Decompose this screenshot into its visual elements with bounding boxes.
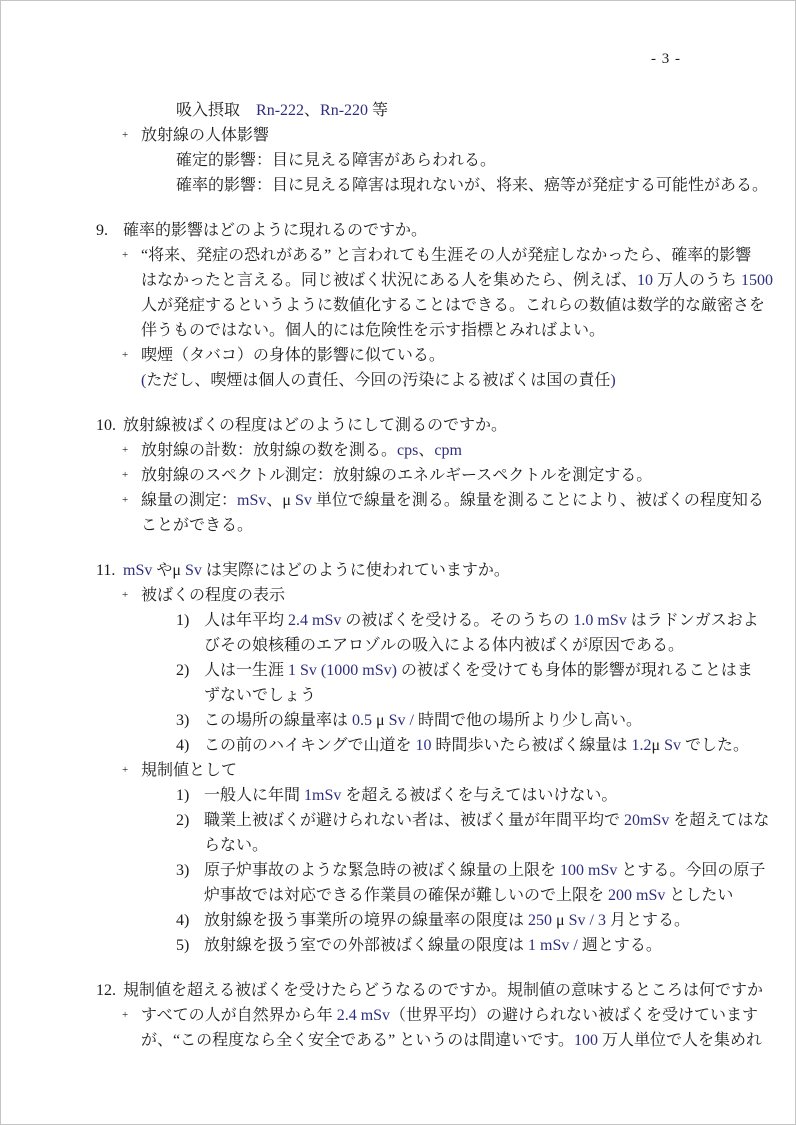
text-run: 、: [418, 442, 434, 459]
text-line: 2)人は一生涯 1 Sv (1000 mSv) の被ばくを受けても身体的影響が現…: [1, 658, 795, 683]
bullet-marker: +: [122, 1003, 128, 1028]
text-run: 時間で他の場所より少し高い。: [418, 712, 642, 729]
text-run: というのは間違いです。: [399, 1032, 574, 1049]
text-run: 放射線を扱う室での外部被ばく線量の限度は: [204, 937, 524, 954]
bullet-marker: +: [122, 583, 128, 608]
text-run: Sv /: [385, 712, 418, 729]
text-line: 炉事故では対応できる作業員の確保が難しいので上限を 200 mSv としたい: [1, 883, 795, 908]
text-run: 10: [637, 272, 657, 289]
bullet-marker: +: [122, 343, 128, 368]
text-line: 2)職業上被ばくが避けられない者は、被ばく量が年間平均で 20mSv を超えては…: [1, 808, 795, 833]
text-run: 0.5: [348, 712, 376, 729]
text-run: 確率的影響：目に見える障害は現れないが、将来、癌等が発症する可能性がある。: [176, 177, 768, 194]
text-line: +放射線の人体影響: [1, 123, 795, 148]
text-run: 200 mSv: [604, 887, 669, 904]
text-line: 4)放射線を扱う事業所の境界の線量率の限度は 250 μ Sv / 3 月とする…: [1, 908, 795, 933]
text-run: 吸入摂取: [176, 102, 256, 119]
text-run: この場所の線量率は: [204, 712, 348, 729]
text-line: 3)原子炉事故のような緊急時の被ばく線量の上限を 100 mSv とする。今回の…: [1, 858, 795, 883]
text-run: 規制値として: [141, 762, 237, 779]
text-run: 規制値を超える被ばくを受けたらどうなるのですか。規制値の意味するところは何ですか: [123, 982, 763, 999]
text-run: 確定的影響：目に見える障害があらわれる。: [176, 152, 496, 169]
text-run: 一般人に年間: [204, 787, 300, 804]
text-run: （世界平均）の避けられない被ばくを受けています: [390, 1007, 758, 1024]
list-number: 4): [176, 733, 189, 758]
text-run: 1mSv: [300, 787, 345, 804]
text-line: ずないでしょう: [1, 683, 795, 708]
bullet-marker: +: [122, 463, 128, 488]
text-run: 単位で線量を測る。線量を測ることにより、被ばくの程度知る: [316, 492, 764, 509]
text-run: とする。今回の原子: [621, 862, 765, 879]
text-line: 人が発症するというように数値化することはできる。これらの数値は数学的な厳密さを: [1, 293, 795, 318]
text-line: 5)放射線を扱う室での外部被ばく線量の限度は 1 mSv / 週とする。: [1, 933, 795, 958]
text-run: Rn-222: [256, 102, 304, 119]
section-heading: 10.放射線被ばくの程度はどのようにして測るのですか。: [1, 413, 795, 438]
text-line: +“将来、発症の恐れがある” と言われても生涯その人が発症しなかったら、確率的影…: [1, 243, 795, 268]
text-run: 放射線の人体影響: [141, 127, 269, 144]
text-run: の被ばくを受ける。そのうちの: [345, 612, 569, 629]
text-run: でした。: [685, 737, 749, 754]
text-run: 人が発症するというように数値化することはできる。これらの数値は数学的な厳密さを: [141, 297, 765, 314]
text-run: と言われても生涯その人が発症しなかったら、確率的影響: [335, 247, 751, 264]
text-line: はなかったと言える。同じ被ばく状況にある人を集めたら、例えば、10 万人のうち …: [1, 268, 795, 293]
bullet-marker: +: [122, 758, 128, 783]
text-run: 2.4 mSv: [333, 1007, 390, 1024]
text-run: 万人単位で人を集めれ: [602, 1032, 762, 1049]
bullet-marker: +: [122, 243, 128, 268]
text-run: 20mSv: [620, 812, 673, 829]
text-run: μ: [556, 912, 565, 929]
text-line: +規制値として: [1, 758, 795, 783]
text-run: μ: [376, 712, 385, 729]
text-line: 吸入摂取 Rn-222、Rn-220 等: [1, 98, 795, 123]
text-line: 3)この場所の線量率は 0.5 μ Sv / 時間で他の場所より少し高い。: [1, 708, 795, 733]
text-line: 確定的影響：目に見える障害があらわれる。: [1, 148, 795, 173]
text-line: が、“この程度なら全く安全である” というのは間違いです。100 万人単位で人を…: [1, 1028, 795, 1053]
text-run: 月とする。: [610, 912, 690, 929]
bullet-marker: +: [122, 438, 128, 463]
text-run: ずないでしょう: [204, 687, 316, 704]
text-line: +すべての人が自然界から年 2.4 mSv（世界平均）の避けられない被ばくを受け…: [1, 1003, 795, 1028]
document-page: - 3 - 吸入摂取 Rn-222、Rn-220 等+放射線の人体影響確定的影響…: [0, 0, 796, 1125]
text-run: はなかったと言える。同じ被ばく状況にある人を集めたら、例えば、: [141, 272, 637, 289]
section-heading: 11.mSv やμ Sv は実際にはどのように使われていますか。: [1, 558, 795, 583]
text-run: はラドンガスおよ: [631, 612, 759, 629]
bullet-marker: +: [122, 488, 128, 513]
text-line: 伴うものではない。個人的には危険性を示す指標とみればよい。: [1, 318, 795, 343]
text-run: 万人のうち: [657, 272, 737, 289]
page-number: - 3 -: [651, 51, 681, 68]
text-line: +喫煙（タバコ）の身体的影響に似ている。: [1, 343, 795, 368]
text-run: 1 Sv (1000 mSv): [284, 662, 401, 679]
list-number: 2): [176, 658, 189, 683]
text-run: 1500: [737, 272, 773, 289]
text-run: 2.4 mSv: [284, 612, 345, 629]
text-run: らない。: [204, 837, 268, 854]
text-run: 1 mSv /: [524, 937, 582, 954]
text-run: 喫煙（タバコ）の身体的影響に似ている。: [141, 347, 445, 364]
list-number: 3): [176, 858, 189, 883]
text-run: Sv / 3: [565, 912, 610, 929]
text-line: +放射線のスペクトル測定：放射線のエネルギースペクトルを測定する。: [1, 463, 795, 488]
section-heading: 9.確率的影響はどのように現れるのですか。: [1, 218, 795, 243]
text-run: 確率的影響はどのように現れるのですか。: [123, 222, 427, 239]
text-line: 1)人は年平均 2.4 mSv の被ばくを受ける。そのうちの 1.0 mSv は…: [1, 608, 795, 633]
text-run: “将来、発症の恐れがある”: [141, 247, 331, 264]
text-run: Sv: [291, 492, 316, 509]
text-run: 等: [372, 102, 388, 119]
list-number: 1): [176, 783, 189, 808]
text-run: 被ばくの程度の表示: [141, 587, 285, 604]
text-run: 職業上被ばくが避けられない者は、被ばく量が年間平均で: [204, 812, 620, 829]
text-run: すべての人が自然界から年: [141, 1007, 333, 1024]
text-run: 、: [304, 102, 320, 119]
text-run: 放射線を扱う事業所の境界の線量率の限度は: [204, 912, 524, 929]
text-run: cps: [397, 442, 418, 459]
text-run: 人は年平均: [204, 612, 284, 629]
bullet-marker: +: [122, 123, 128, 148]
text-run: 10: [412, 737, 436, 754]
text-line: 確率的影響：目に見える障害は現れないが、将来、癌等が発症する可能性がある。: [1, 173, 795, 198]
text-run: 週とする。: [582, 937, 662, 954]
list-number: 5): [176, 933, 189, 958]
text-run: 放射線のスペクトル測定：放射線のエネルギースペクトルを測定する。: [141, 467, 652, 484]
text-run: ただし、喫煙は個人の責任、今回の汚染による被ばくは国の責任: [146, 372, 610, 389]
text-run: ことができる。: [141, 517, 253, 534]
text-run: の被ばくを受けても身体的影響が現れることはま: [401, 662, 753, 679]
text-run: 伴うものではない。個人的には危険性を示す指標とみればよい。: [141, 322, 605, 339]
text-line: +被ばくの程度の表示: [1, 583, 795, 608]
text-run: 250: [524, 912, 556, 929]
text-run: 時間歩いたら被ばく線量は: [436, 737, 628, 754]
text-run: が、“この程度なら全く安全である”: [141, 1032, 395, 1049]
text-run: やμ: [156, 562, 181, 579]
section-number: 11.: [96, 558, 123, 583]
text-line: +線量の測定：mSv、μ Sv 単位で線量を測る。線量を測ることにより、被ばくの…: [1, 488, 795, 513]
text-run: 炉事故では対応できる作業員の確保が難しいので上限を: [204, 887, 604, 904]
text-run: を超える被ばくを与えてはいけない。: [345, 787, 617, 804]
text-run: ): [610, 372, 615, 389]
text-run: 原子炉事故のような緊急時の被ばく線量の上限を: [204, 862, 556, 879]
text-run: 放射線の計数：放射線の数を測る。: [141, 442, 397, 459]
list-number: 3): [176, 708, 189, 733]
list-number: 4): [176, 908, 189, 933]
text-run: mSv: [237, 492, 266, 509]
text-run: Sv: [660, 737, 685, 754]
text-run: μ: [652, 737, 661, 754]
text-run: 線量の測定：: [141, 492, 237, 509]
text-run: 放射線被ばくの程度はどのようにして測るのですか。: [123, 417, 507, 434]
text-run: びその娘核種のエアロゾルの吸入による体内被ばくが原因である。: [204, 637, 684, 654]
text-run: Rn-220: [320, 102, 372, 119]
list-number: 2): [176, 808, 189, 833]
document-content: 吸入摂取 Rn-222、Rn-220 等+放射線の人体影響確定的影響：目に見える…: [1, 1, 795, 1053]
text-run: を超えてはな: [673, 812, 769, 829]
text-line: 4)この前のハイキングで山道を 10 時間歩いたら被ばく線量は 1.2μ Sv …: [1, 733, 795, 758]
list-number: 1): [176, 608, 189, 633]
text-run: cpm: [434, 442, 462, 459]
text-run: 100: [574, 1032, 602, 1049]
text-run: この前のハイキングで山道を: [204, 737, 412, 754]
text-run: mSv: [123, 562, 156, 579]
text-line: (ただし、喫煙は個人の責任、今回の汚染による被ばくは国の責任): [1, 368, 795, 393]
text-run: 1.0 mSv: [569, 612, 630, 629]
text-run: 1.2: [628, 737, 652, 754]
section-number: 9.: [96, 218, 123, 243]
section-heading: 12.規制値を超える被ばくを受けたらどうなるのですか。規制値の意味するところは何…: [1, 978, 795, 1003]
text-run: Sv: [181, 562, 206, 579]
text-run: は実際にはどのように使われていますか。: [206, 562, 510, 579]
text-line: +放射線の計数：放射線の数を測る。cps、cpm: [1, 438, 795, 463]
text-run: としたい: [669, 887, 733, 904]
text-line: 1)一般人に年間 1mSv を超える被ばくを与えてはいけない。: [1, 783, 795, 808]
text-line: びその娘核種のエアロゾルの吸入による体内被ばくが原因である。: [1, 633, 795, 658]
text-line: ことができる。: [1, 513, 795, 538]
section-number: 12.: [96, 978, 123, 1003]
text-run: 100 mSv: [556, 862, 621, 879]
section-number: 10.: [96, 413, 123, 438]
text-run: 、μ: [266, 492, 291, 509]
text-line: らない。: [1, 833, 795, 858]
text-run: 人は一生涯: [204, 662, 284, 679]
